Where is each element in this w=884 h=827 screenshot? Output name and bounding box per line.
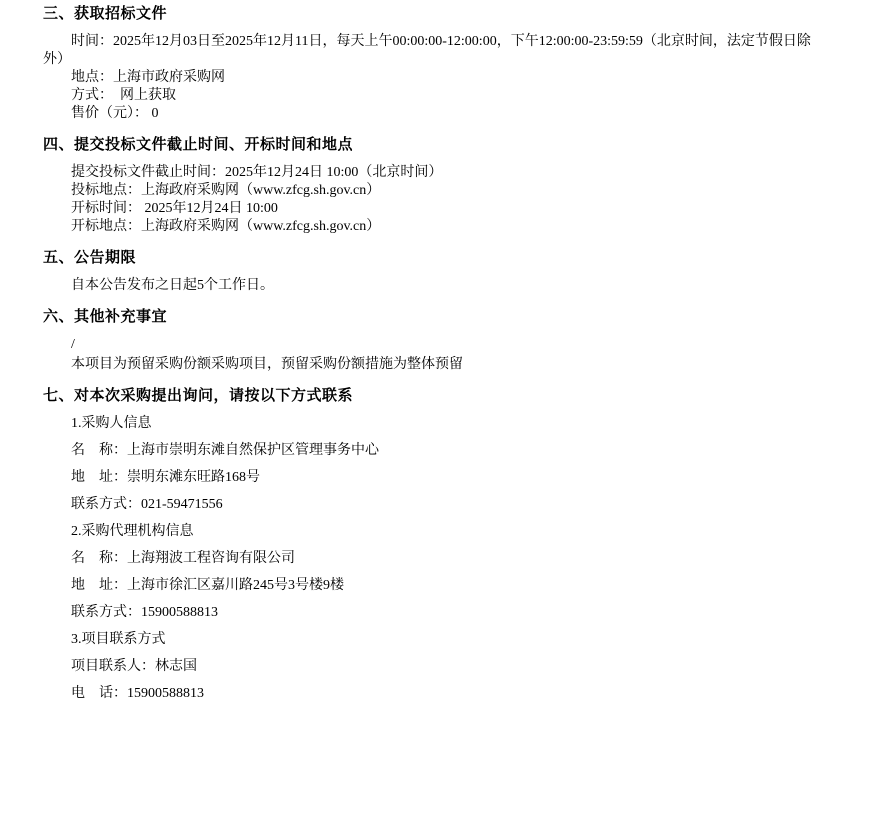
reserved-share-line: 本项目为预留采购份额采购项目，预留采购份额措施为整体预留 — [43, 356, 862, 374]
section-obtain-documents: 三、获取招标文件 时间：2025年12月03日至2025年12月11日，每天上午… — [43, 4, 862, 123]
section-heading-contact: 七、对本次采购提出询问，请按以下方式联系 — [43, 386, 862, 406]
obtain-location-line: 地点：上海市政府采购网 — [43, 69, 862, 87]
purchaser-info-label: 1.采购人信息 — [43, 415, 862, 433]
section-heading-obtain-documents: 三、获取招标文件 — [43, 4, 862, 24]
agency-phone-line: 联系方式：15900588813 — [43, 604, 862, 622]
section-other-matters: 六、其他补充事宜 / 本项目为预留采购份额采购项目，预留采购份额措施为整体预留 — [43, 307, 862, 374]
announcement-document: 三、获取招标文件 时间：2025年12月03日至2025年12月11日，每天上午… — [0, 0, 884, 703]
section-announcement-period: 五、公告期限 自本公告发布之日起5个工作日。 — [43, 248, 862, 295]
section-submission-opening: 四、提交投标文件截止时间、开标时间和地点 提交投标文件截止时间：2025年12月… — [43, 135, 862, 236]
purchaser-address-line: 地 址：崇明东滩东旺路168号 — [43, 469, 862, 487]
section-body-contact: 1.采购人信息 名 称：上海市崇明东滩自然保护区管理事务中心 地 址：崇明东滩东… — [43, 415, 862, 703]
agency-info-label: 2.采购代理机构信息 — [43, 523, 862, 541]
project-contact-person-line: 项目联系人：林志国 — [43, 658, 862, 676]
bid-location-line: 投标地点：上海政府采购网（www.zfcg.sh.gov.cn） — [43, 182, 862, 200]
time-range-text-part2: 外） — [43, 52, 71, 67]
opening-time-line: 开标时间： 2025年12月24日 10:00 — [43, 200, 862, 218]
project-contact-label: 3.项目联系方式 — [43, 631, 862, 649]
obtain-price-line: 售价（元）： 0 — [43, 105, 862, 123]
opening-location-line: 开标地点：上海政府采购网（www.zfcg.sh.gov.cn） — [43, 218, 862, 236]
section-heading-announcement-period: 五、公告期限 — [43, 248, 862, 268]
agency-name-line: 名 称：上海翔波工程咨询有限公司 — [43, 550, 862, 568]
section-body-obtain-documents: 时间：2025年12月03日至2025年12月11日，每天上午00:00:00-… — [43, 33, 862, 123]
section-heading-submission-opening: 四、提交投标文件截止时间、开标时间和地点 — [43, 135, 862, 155]
announcement-period-line: 自本公告发布之日起5个工作日。 — [43, 277, 862, 295]
section-body-announcement-period: 自本公告发布之日起5个工作日。 — [43, 277, 862, 295]
other-matters-slash-line: / — [43, 336, 862, 354]
obtain-method-line: 方式： 网上获取 — [43, 87, 862, 105]
section-body-other-matters: / 本项目为预留采购份额采购项目，预留采购份额措施为整体预留 — [43, 336, 862, 374]
tender-announcement-page: { "colors": { "text": "#000000", "backgr… — [0, 0, 884, 827]
purchaser-phone-line: 联系方式：021-59471556 — [43, 496, 862, 514]
project-phone-line: 电 话：15900588813 — [43, 685, 862, 703]
section-contact: 七、对本次采购提出询问，请按以下方式联系 1.采购人信息 名 称：上海市崇明东滩… — [43, 386, 862, 703]
submission-deadline-line: 提交投标文件截止时间：2025年12月24日 10:00（北京时间） — [43, 164, 862, 182]
purchaser-name-line: 名 称：上海市崇明东滩自然保护区管理事务中心 — [43, 442, 862, 460]
section-heading-other-matters: 六、其他补充事宜 — [43, 307, 862, 327]
time-range-line: 时间：2025年12月03日至2025年12月11日，每天上午00:00:00-… — [43, 33, 862, 69]
time-range-text-part1: 时间：2025年12月03日至2025年12月11日，每天上午00:00:00-… — [71, 34, 811, 49]
section-body-submission-opening: 提交投标文件截止时间：2025年12月24日 10:00（北京时间） 投标地点：… — [43, 164, 862, 236]
agency-address-line: 地 址：上海市徐汇区嘉川路245号3号楼9楼 — [43, 577, 862, 595]
